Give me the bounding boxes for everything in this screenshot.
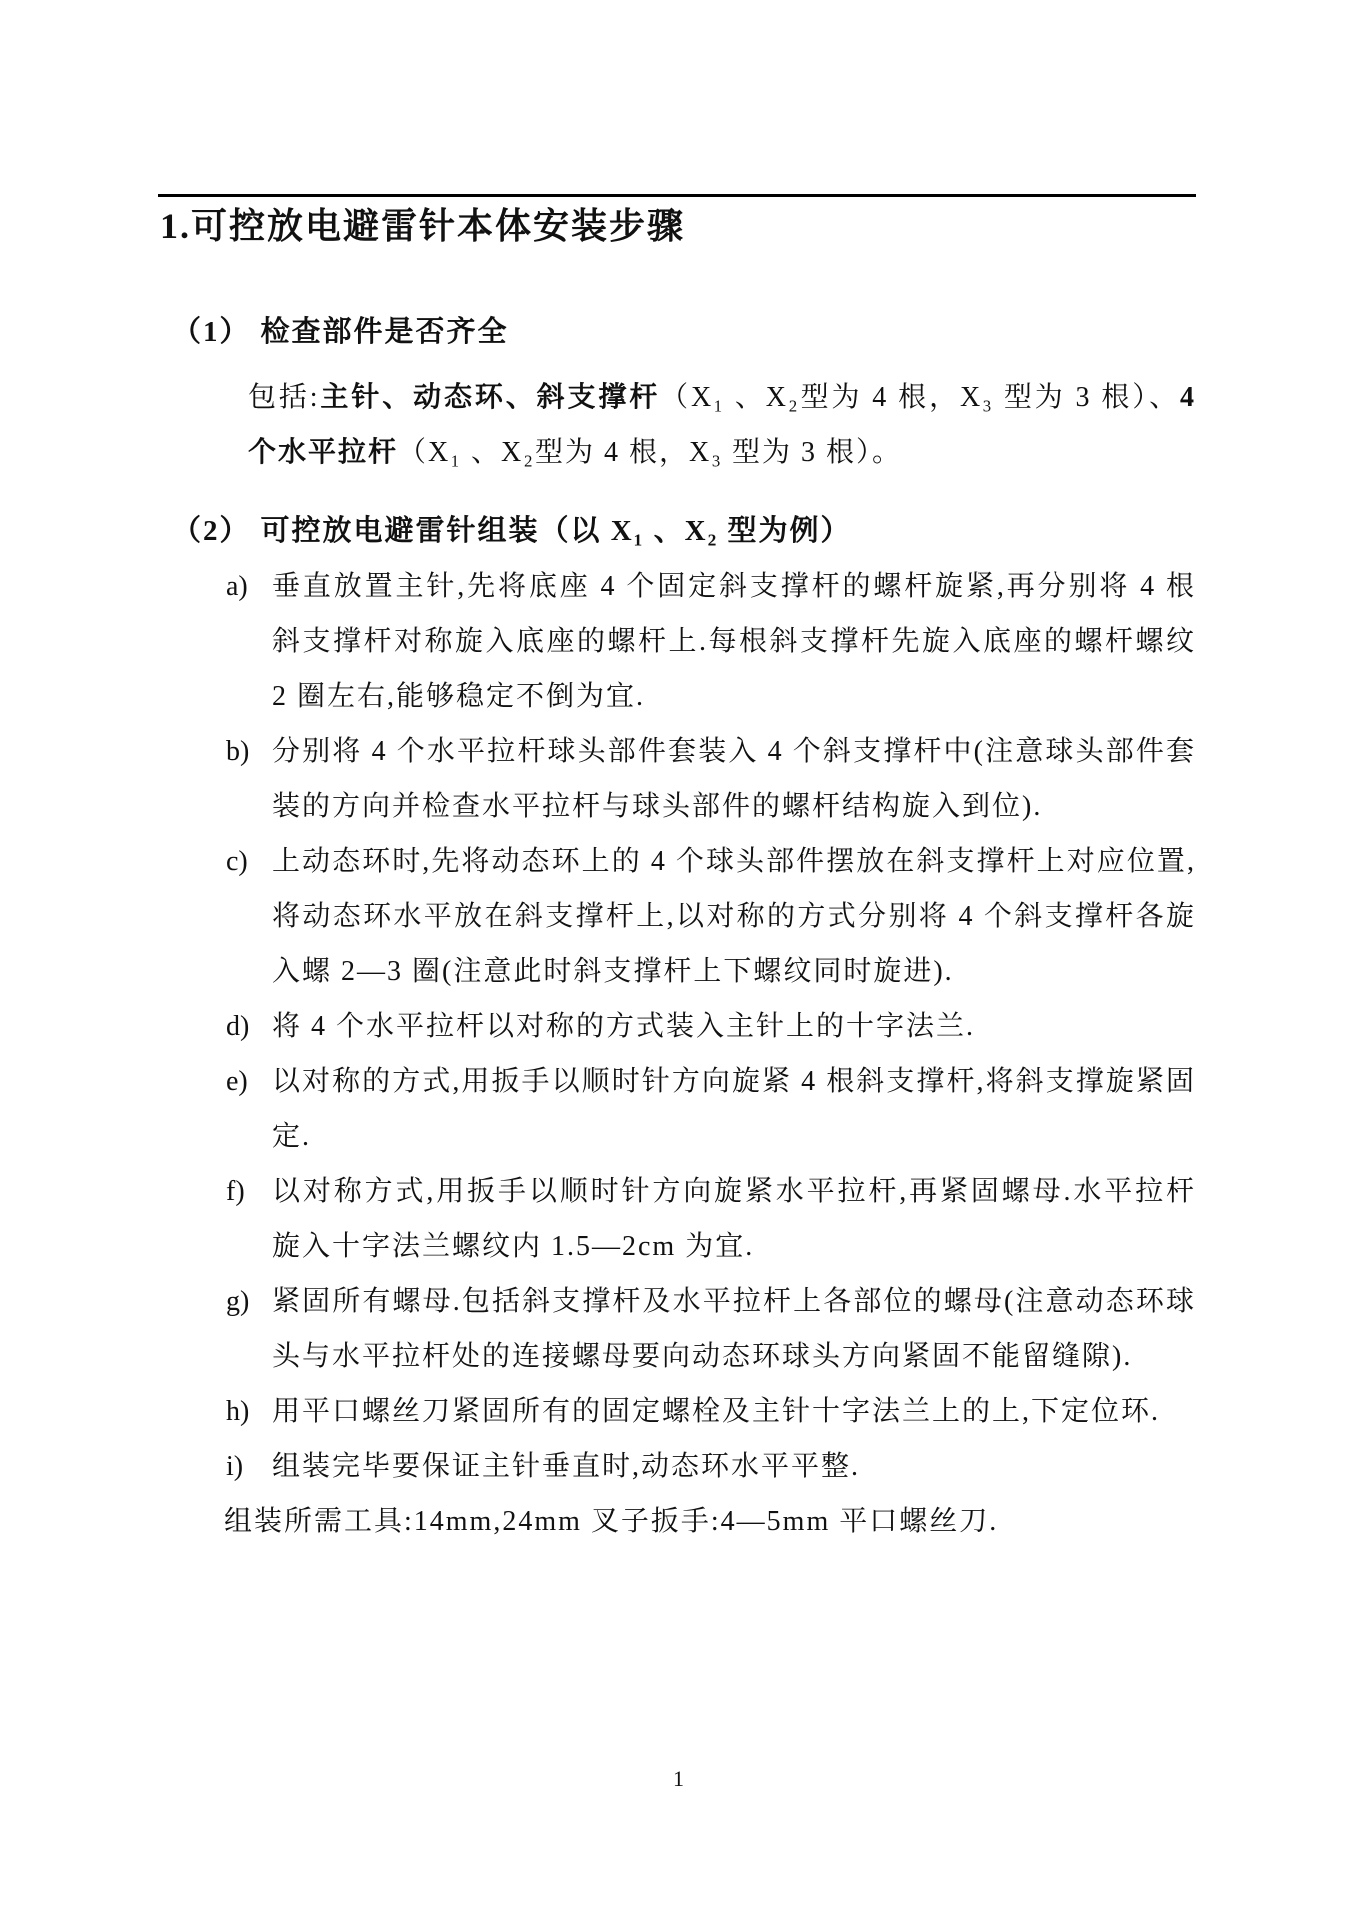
- step-item: h) 用平口螺丝刀紧固所有的固定螺栓及主针十字法兰上的上,下定位环.: [226, 1384, 1196, 1439]
- step-text: 以对称的方式,用扳手以顺时针方向旋紧 4 根斜支撑杆,将斜支撑旋紧固定.: [272, 1054, 1196, 1164]
- document-page: 1.可控放电避雷针本体安装步骤 （1）检查部件是否齐全 包括:主针、动态环、斜支…: [0, 0, 1357, 1920]
- step-label: d): [226, 999, 272, 1054]
- section-2-title: 可控放电避雷针组装（以 X₁ 、X₂ 型为例）: [261, 515, 852, 547]
- tools-note: 组装所需工具:14mm,24mm 叉子扳手:4—5mm 平口螺丝刀.: [224, 1494, 1196, 1549]
- parts-run-plain: 包括:: [248, 382, 320, 413]
- parts-run-plain: （X₁ 、X₂型为 4 根，X₃ 型为 3 根）。: [398, 437, 902, 468]
- section-2-number: （2）: [172, 515, 251, 547]
- step-item: f) 以对称方式,用扳手以顺时针方向旋紧水平拉杆,再紧固螺母.水平拉杆旋入十字法…: [226, 1164, 1196, 1274]
- step-label: e): [226, 1054, 272, 1164]
- step-text: 以对称方式,用扳手以顺时针方向旋紧水平拉杆,再紧固螺母.水平拉杆旋入十字法兰螺纹…: [272, 1164, 1196, 1274]
- step-item: g) 紧固所有螺母.包括斜支撑杆及水平拉杆上各部位的螺母(注意动态环球头与水平拉…: [226, 1274, 1196, 1384]
- step-label: f): [226, 1164, 272, 1274]
- step-item: d) 将 4 个水平拉杆以对称的方式装入主针上的十字法兰.: [226, 999, 1196, 1054]
- step-label: c): [226, 834, 272, 999]
- step-text: 垂直放置主针,先将底座 4 个固定斜支撑杆的螺杆旋紧,再分别将 4 根斜支撑杆对…: [272, 559, 1196, 724]
- page-number: 1: [0, 1765, 1357, 1793]
- section-1-heading: （1）检查部件是否齐全: [158, 305, 1196, 360]
- section-1-title: 检查部件是否齐全: [261, 316, 509, 348]
- step-text: 紧固所有螺母.包括斜支撑杆及水平拉杆上各部位的螺母(注意动态环球头与水平拉杆处的…: [272, 1274, 1196, 1384]
- step-item: i) 组装完毕要保证主针垂直时,动态环水平平整.: [226, 1439, 1196, 1494]
- step-label: i): [226, 1439, 272, 1494]
- step-text: 分别将 4 个水平拉杆球头部件套装入 4 个斜支撑杆中(注意球头部件套装的方向并…: [272, 724, 1196, 834]
- parts-run-bold: 主针、动态环、斜支撑杆: [320, 382, 661, 413]
- step-label: g): [226, 1274, 272, 1384]
- parts-run-plain: （X₁ 、X₂型为 4 根，X₃ 型为 3 根）、: [660, 382, 1180, 413]
- page-content: 1.可控放电避雷针本体安装步骤 （1）检查部件是否齐全 包括:主针、动态环、斜支…: [0, 0, 1357, 1549]
- section-1-number: （1）: [172, 316, 251, 348]
- parts-list-paragraph: 包括:主针、动态环、斜支撑杆（X₁ 、X₂型为 4 根，X₃ 型为 3 根）、4…: [248, 370, 1196, 480]
- section-2-heading: （2）可控放电避雷针组装（以 X₁ 、X₂ 型为例）: [158, 504, 1196, 559]
- assembly-steps-list: a) 垂直放置主针,先将底座 4 个固定斜支撑杆的螺杆旋紧,再分别将 4 根斜支…: [158, 559, 1196, 1494]
- header-rule: [158, 194, 1196, 197]
- step-label: a): [226, 559, 272, 724]
- step-text: 组装完毕要保证主针垂直时,动态环水平平整.: [272, 1439, 1196, 1494]
- document-title: 1.可控放电避雷针本体安装步骤: [160, 201, 1196, 251]
- step-text: 上动态环时,先将动态环上的 4 个球头部件摆放在斜支撑杆上对应位置,将动态环水平…: [272, 834, 1196, 999]
- step-item: e) 以对称的方式,用扳手以顺时针方向旋紧 4 根斜支撑杆,将斜支撑旋紧固定.: [226, 1054, 1196, 1164]
- step-item: b) 分别将 4 个水平拉杆球头部件套装入 4 个斜支撑杆中(注意球头部件套装的…: [226, 724, 1196, 834]
- step-text: 将 4 个水平拉杆以对称的方式装入主针上的十字法兰.: [272, 999, 1196, 1054]
- step-item: c) 上动态环时,先将动态环上的 4 个球头部件摆放在斜支撑杆上对应位置,将动态…: [226, 834, 1196, 999]
- step-text: 用平口螺丝刀紧固所有的固定螺栓及主针十字法兰上的上,下定位环.: [272, 1384, 1196, 1439]
- step-label: h): [226, 1384, 272, 1439]
- step-label: b): [226, 724, 272, 834]
- step-item: a) 垂直放置主针,先将底座 4 个固定斜支撑杆的螺杆旋紧,再分别将 4 根斜支…: [226, 559, 1196, 724]
